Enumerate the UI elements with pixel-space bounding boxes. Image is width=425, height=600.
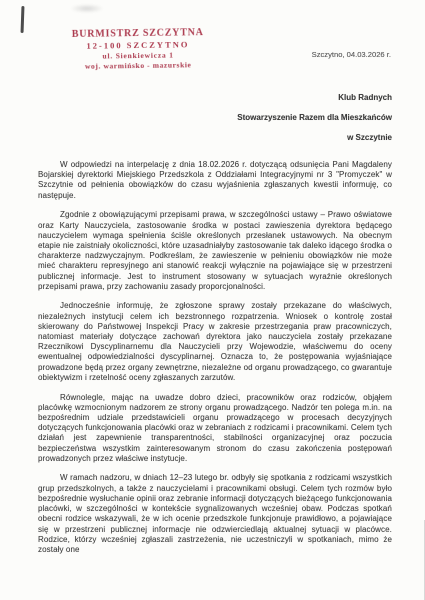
addressee-block: Klub Radnych Stowarzyszenie Razem dla Mi… [237,88,392,148]
paragraph-3: Jednocześnie informuję, że zgłoszone spr… [38,301,392,383]
stamp-office-name: BURMISTRZ SZCZYTNA [52,26,224,41]
paragraph-4: Równolegle, mając na uwadze dobro dzieci… [38,393,392,464]
sender-stamp: BURMISTRZ SZCZYTNA 12-100 SZCZYTNO ul. S… [52,26,225,72]
addressee-line-1: Klub Radnych [237,88,392,108]
pen-stroke-artifact [21,6,24,33]
scan-smudge-artifact [70,4,104,13]
date-line: Szczytno, 04.03.2026 r. [312,50,391,59]
addressee-line-2: Stowarzyszenie Razem dla Mieszkańców [237,108,392,128]
paragraph-1: W odpowiedzi na interpelację z dnia 18.0… [38,160,392,201]
paragraph-5: W ramach nadzoru, w dniach 12–23 lutego … [38,473,392,555]
addressee-line-3: w Szczytnie [237,128,392,148]
letter-body: W odpowiedzi na interpelację z dnia 18.0… [38,160,392,565]
paragraph-2: Zgodnie z obowiązującymi przepisami praw… [38,210,392,292]
stamp-voivodeship: woj. warmińsko - mazurskie [52,60,224,72]
letter-page: BURMISTRZ SZCZYTNA 12-100 SZCZYTNO ul. S… [0,0,425,600]
